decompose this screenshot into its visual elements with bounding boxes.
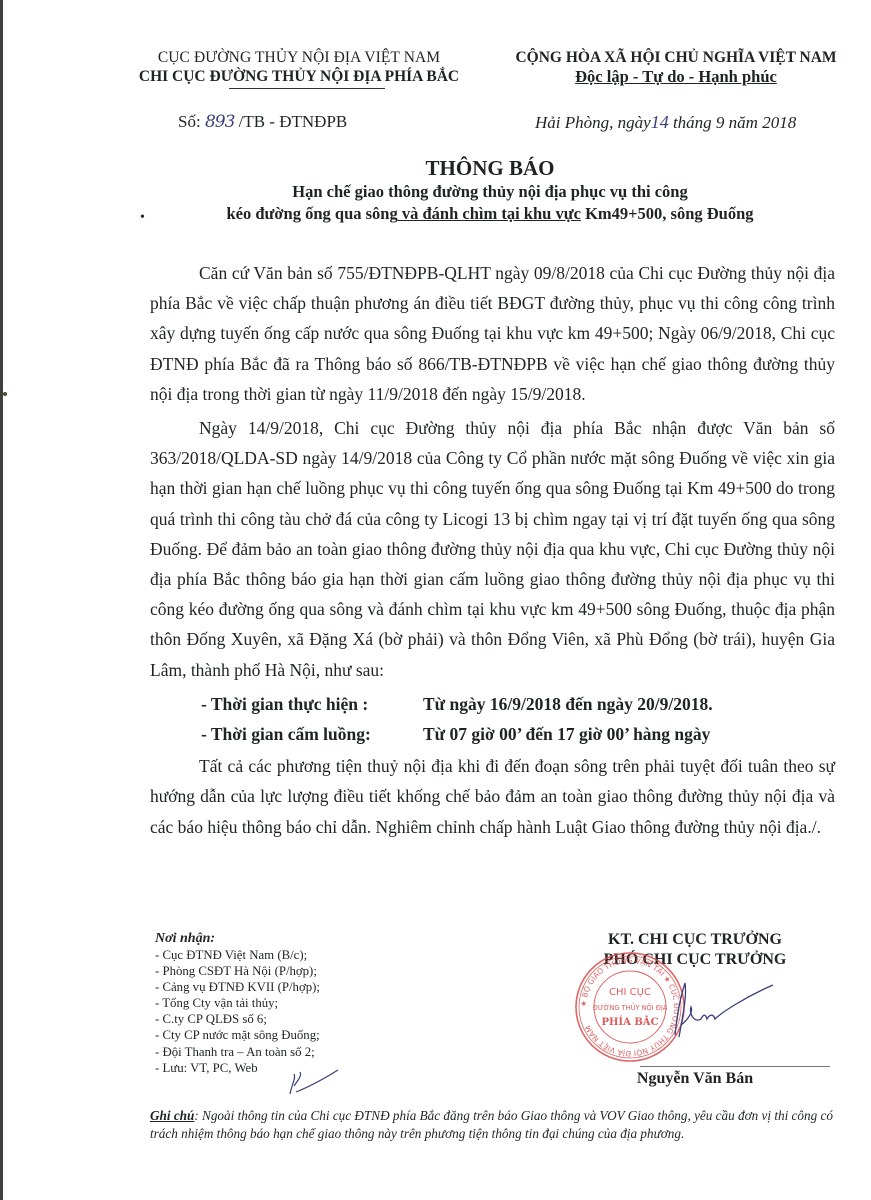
agency-header: CỤC ĐƯỜNG THỦY NỘI ĐỊA VIỆT NAM CHI CỤC … bbox=[104, 48, 494, 89]
recipient-item: - Phòng CSĐT Hà Nội (P/hợp); bbox=[155, 963, 320, 979]
signature-line bbox=[640, 1066, 830, 1067]
recipient-item: - Đội Thanh tra – An toàn số 2; bbox=[155, 1044, 320, 1060]
recipient-item: - C.ty CP QLĐS số 6; bbox=[155, 1011, 320, 1027]
title-subtitle-2: kéo đường ống qua sông và đánh chìm tại … bbox=[150, 203, 830, 225]
date-line: Hải Phòng, ngày14 tháng 9 năm 2018 bbox=[535, 112, 796, 133]
recipient-item: - Tổng Cty vận tải thủy; bbox=[155, 995, 320, 1011]
recipients-block: Nơi nhận: - Cục ĐTNĐ Việt Nam (B/c); - P… bbox=[155, 930, 320, 1076]
footnote: Ghi chú: Ngoài thông tin của Chi cục ĐTN… bbox=[150, 1107, 840, 1142]
footnote-label: Ghi chú bbox=[150, 1108, 194, 1123]
paragraph-extension: Ngày 14/9/2018, Chi cục Đường thủy nội đ… bbox=[150, 413, 835, 685]
recipient-item: - Cục ĐTNĐ Việt Nam (B/c); bbox=[155, 947, 320, 963]
issuing-agency: CHI CỤC ĐƯỜNG THỦY NỘI ĐỊA PHÍA BẮC bbox=[104, 67, 494, 86]
paragraph-compliance: Tất cả các phương tiện thuỷ nội địa khi … bbox=[150, 751, 835, 842]
schedule-item: - Thời gian thực hiện : Từ ngày 16/9/201… bbox=[150, 689, 835, 719]
country-name: CỘNG HÒA XÃ HỘI CHỦ NGHĨA VIỆT NAM bbox=[486, 48, 866, 67]
footnote-text: : Ngoài thông tin của Chi cục ĐTNĐ phía … bbox=[150, 1108, 833, 1141]
title-heading: THÔNG BÁO bbox=[150, 155, 830, 181]
handwritten-number: 893 bbox=[205, 112, 234, 132]
scan-edge bbox=[0, 0, 3, 1200]
signer-name: Nguyễn Văn Bán bbox=[590, 1070, 800, 1088]
national-header: CỘNG HÒA XÃ HỘI CHỦ NGHĨA VIỆT NAM Độc l… bbox=[486, 48, 866, 87]
signature-title-1: KT. CHI CỤC TRƯỞNG bbox=[560, 930, 830, 950]
document-title: THÔNG BÁO Hạn chế giao thông đường thủy … bbox=[150, 155, 830, 225]
signature-scrawl-icon bbox=[655, 975, 775, 1045]
document-body: Căn cứ Văn bản số 755/ĐTNĐPB-QLHT ngày 0… bbox=[150, 258, 835, 846]
parent-agency: CỤC ĐƯỜNG THỦY NỘI ĐỊA VIỆT NAM bbox=[104, 48, 494, 67]
paragraph-basis: Căn cứ Văn bản số 755/ĐTNĐPB-QLHT ngày 0… bbox=[150, 258, 835, 409]
svg-text:CHI CỤC: CHI CỤC bbox=[609, 987, 651, 998]
national-motto: Độc lập - Tự do - Hạnh phúc bbox=[486, 67, 866, 87]
document-number: Số: 893 /TB - ĐTNĐPB bbox=[178, 112, 347, 132]
recipient-item: - Cty CP nước mặt sông Đuống; bbox=[155, 1027, 320, 1043]
recipient-item: - Cảng vụ ĐTNĐ KVII (P/hợp); bbox=[155, 979, 320, 995]
handwritten-day: 14 bbox=[651, 112, 669, 132]
schedule-item: - Thời gian cấm luồng: Từ 07 giờ 00’ đến… bbox=[150, 719, 835, 749]
scan-dot: • bbox=[140, 210, 145, 226]
header-rule bbox=[229, 88, 385, 89]
initials-scrawl-icon bbox=[282, 1068, 342, 1098]
scan-speck bbox=[3, 392, 7, 396]
title-subtitle-1: Hạn chế giao thông đường thủy nội địa ph… bbox=[150, 181, 830, 203]
svg-text:PHÍA BẮC: PHÍA BẮC bbox=[601, 1015, 658, 1028]
recipients-heading: Nơi nhận: bbox=[155, 930, 320, 947]
